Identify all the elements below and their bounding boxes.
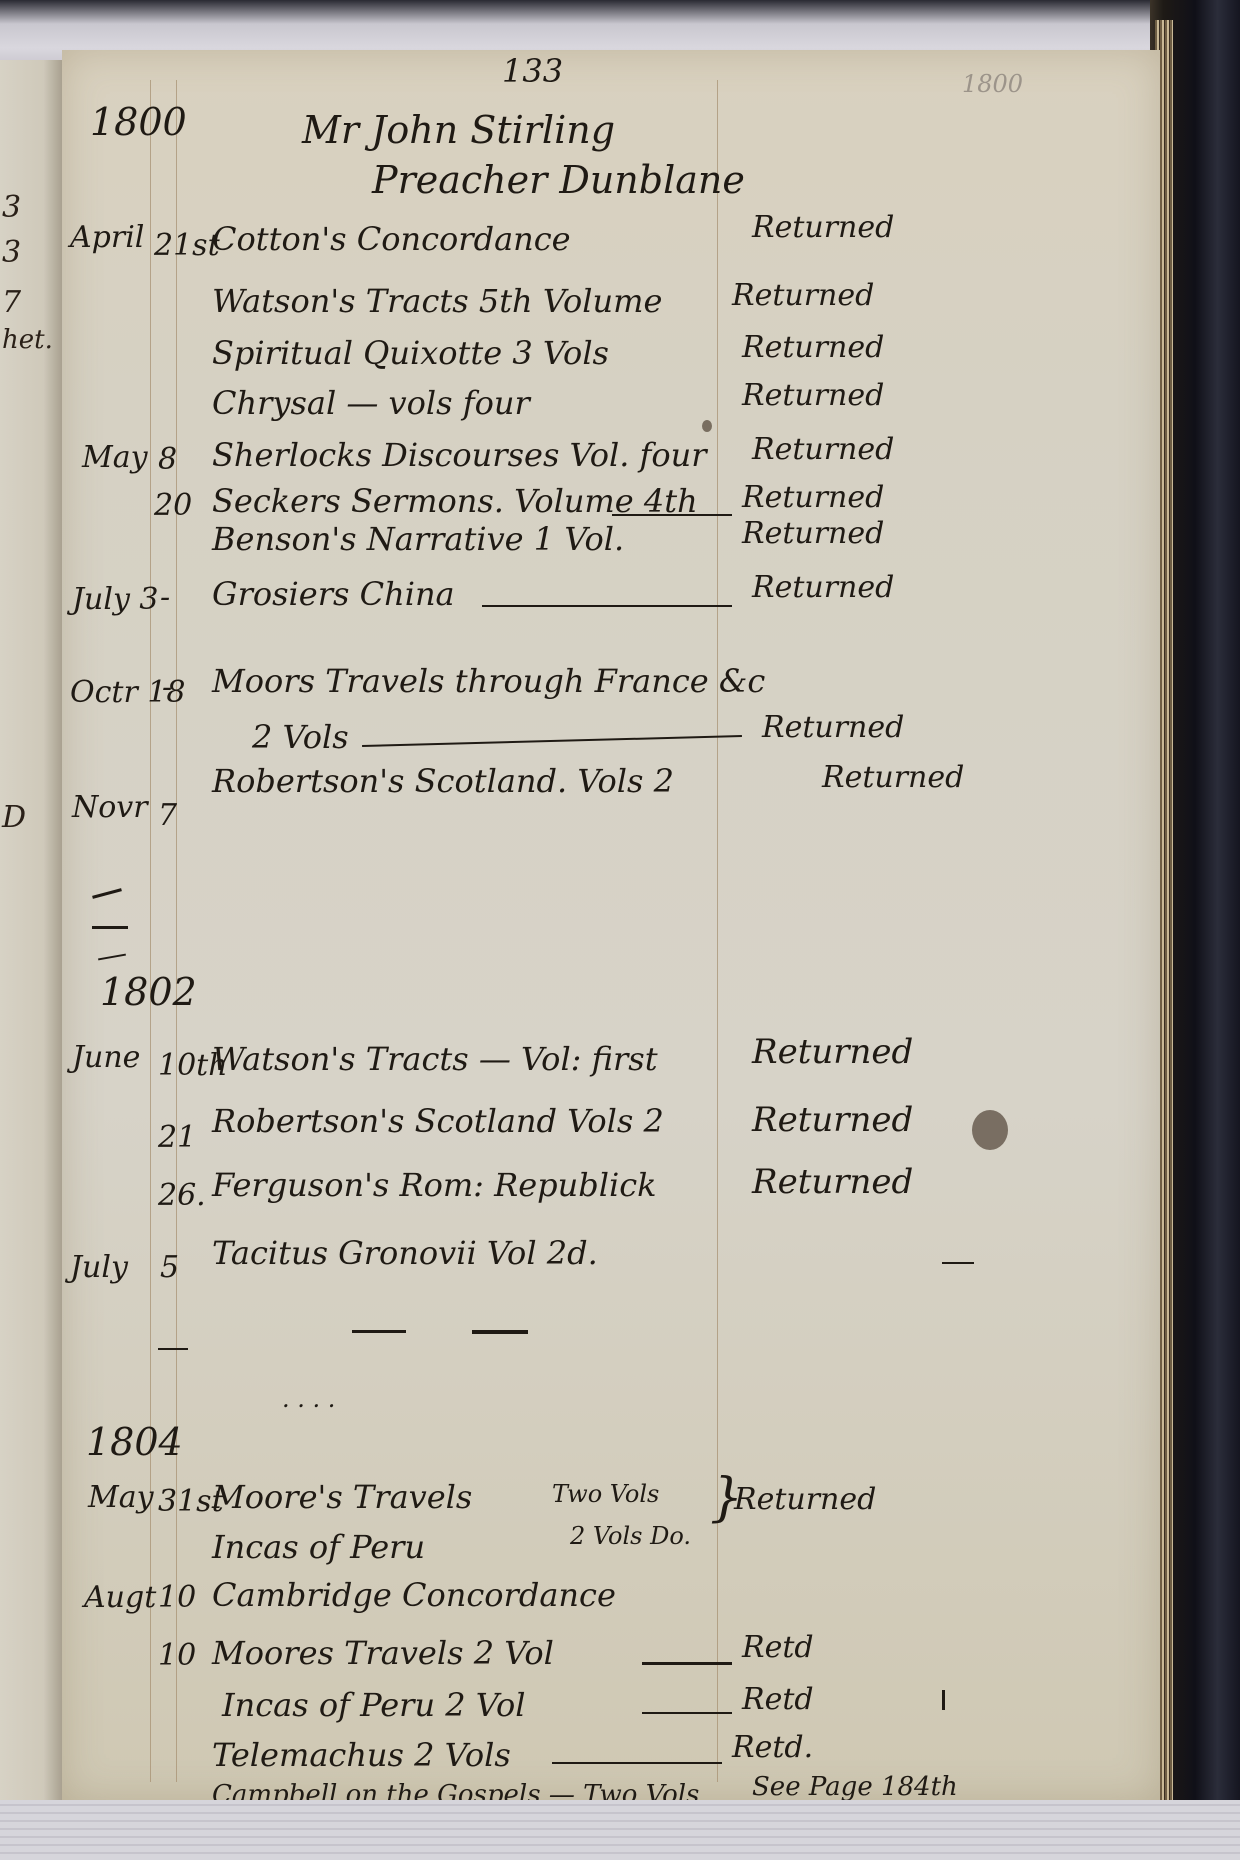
entry-item: Telemachus 2 Vols: [212, 1736, 511, 1774]
facing-page-left: 3 3 7 het. D: [0, 60, 65, 1800]
entry-item: Tacitus Gronovii Vol 2d.: [212, 1234, 598, 1272]
entry-status: Returned: [752, 570, 894, 605]
entry-day: 21: [158, 1120, 196, 1155]
ink-blot: [972, 1110, 1008, 1150]
entry-leader-line: [482, 605, 732, 607]
entry-note: Two Vols: [552, 1480, 659, 1508]
borrower-title: Preacher Dunblane: [372, 158, 745, 202]
entry-status: Returned: [752, 1032, 913, 1072]
entry-day: 7: [158, 798, 177, 833]
entry-status: Returned: [734, 1482, 876, 1517]
entry-status: Retd: [742, 1682, 814, 1717]
entry-status: Returned: [752, 1162, 913, 1202]
margin-rule-month: [150, 80, 151, 1782]
entry-leader-line: [362, 735, 742, 747]
year-header: 1800: [90, 100, 187, 144]
margin-rule-day: [176, 80, 177, 1782]
entry-leader-line: [642, 1712, 732, 1714]
borrower-name: Mr John Stirling: [302, 108, 615, 152]
entry-status: Returned: [822, 760, 964, 795]
entry-day: 26.: [158, 1178, 206, 1213]
entry-day: 8: [158, 442, 177, 477]
facing-page-fragment: 7: [2, 285, 21, 320]
entry-item: Ferguson's Rom: Republick: [212, 1166, 657, 1204]
entry-status: Returned: [762, 710, 904, 745]
section-year: 1802: [100, 970, 197, 1014]
entry-month: June: [72, 1040, 140, 1075]
entry-day: 21st: [154, 228, 220, 263]
entry-month: Augt: [84, 1580, 156, 1615]
section-separator-mark: [352, 1330, 406, 1333]
section-separator-mark: [472, 1330, 528, 1334]
entry-status: Returned: [742, 516, 884, 551]
entry-status: Retd.: [732, 1730, 813, 1765]
facing-page-fragment: D: [2, 800, 26, 835]
entry-item: Cambridge Concordance: [212, 1576, 616, 1614]
ink-blot: [702, 420, 712, 432]
entry-item: Cotton's Concordance: [212, 220, 571, 258]
entry-leader-line: [612, 514, 732, 516]
ellipsis-mark: . . . .: [282, 1385, 335, 1413]
entry-item: Robertson's Scotland. Vols 2: [212, 762, 674, 800]
entry-item: Moore's Travels: [212, 1478, 472, 1516]
section-separator-mark: [92, 888, 122, 899]
section-separator-mark: [158, 1348, 188, 1350]
entry-status: Returned: [752, 210, 894, 245]
entry-item: Spiritual Quixotte 3 Vols: [212, 334, 609, 372]
entry-day: 5: [160, 1250, 179, 1285]
entry-item: Sherlocks Discourses Vol. four: [212, 436, 707, 474]
entry-status: Retd: [742, 1630, 814, 1665]
entry-status: Returned: [752, 1100, 913, 1140]
entry-item: Benson's Narrative 1 Vol.: [212, 520, 624, 558]
entry-leader-line: [942, 1262, 974, 1264]
bleed-through-text: 1800: [962, 70, 1023, 98]
entry-note: 2 Vols Do.: [570, 1522, 691, 1550]
entry-item: Robertson's Scotland Vols 2: [212, 1102, 664, 1140]
entry-month: May: [82, 440, 148, 475]
entry-item: Incas of Peru: [212, 1528, 425, 1566]
section-separator-mark: [98, 954, 126, 961]
facing-page-fragment: het.: [2, 325, 53, 355]
ledger-page: 1800 1800 133 Mr John Stirling Preacher …: [62, 50, 1160, 1802]
entry-item: Moores Travels 2 Vol: [212, 1634, 554, 1672]
entry-item: Watson's Tracts — Vol: first: [212, 1040, 658, 1078]
entry-month: April: [70, 220, 144, 255]
entry-status: Returned: [742, 378, 884, 413]
entry-day: 10: [158, 1638, 196, 1673]
entry-status: Returned: [742, 480, 884, 515]
entry-leader-line: [552, 1762, 722, 1764]
entry-item: Chrysal — vols four: [212, 384, 530, 422]
section-year: 1804: [86, 1420, 183, 1464]
entry-month: Novr: [72, 790, 148, 825]
entry-day: -: [162, 670, 172, 705]
section-separator-mark: [92, 926, 128, 929]
entry-month: July 3: [72, 582, 159, 617]
entry-day: 10: [158, 1580, 196, 1615]
page-number: 133: [502, 52, 563, 90]
cloth-background-bottom: [0, 1800, 1240, 1860]
entry-day: -: [160, 580, 170, 615]
facing-page-fragment: 3: [2, 235, 21, 270]
entry-item: Watson's Tracts 5th Volume: [212, 282, 662, 320]
entry-status: Returned: [742, 330, 884, 365]
entry-item: Moors Travels through France &c: [212, 662, 765, 700]
entry-item: Incas of Peru 2 Vol: [222, 1686, 525, 1724]
entry-month: May: [88, 1480, 154, 1515]
facing-page-fragment: 3: [2, 190, 21, 225]
entry-status: See Page 184th: [752, 1772, 958, 1802]
entry-status: Returned: [752, 432, 894, 467]
entry-day: 20: [154, 488, 192, 523]
entry-leader-line: [642, 1662, 732, 1665]
entry-item: 2 Vols: [252, 718, 349, 756]
entry-month: July: [70, 1250, 128, 1285]
stray-ink-mark: [942, 1690, 945, 1710]
entry-status: Returned: [732, 278, 874, 313]
entry-item: Grosiers China: [212, 575, 455, 613]
